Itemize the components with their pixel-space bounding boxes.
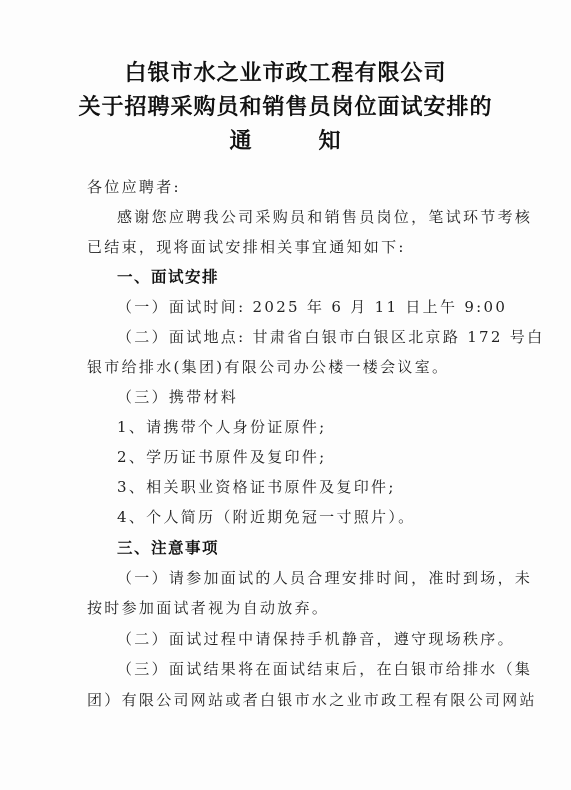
- document-page: 白银市水之业市政工程有限公司 关于招聘采购员和销售员岗位面试安排的 通知 各位应…: [0, 0, 571, 790]
- title-company: 白银市水之业市政工程有限公司: [0, 56, 571, 87]
- material-item-1: 1、请携带个人身份证原件;: [117, 416, 327, 437]
- note-2: （二）面试过程中请保持手机静音，遵守现场秩序。: [117, 628, 515, 649]
- intro-line-2: 已结束，现将面试安排相关事宜通知如下:: [87, 236, 406, 257]
- materials-heading: （三）携带材料: [117, 386, 238, 407]
- title-notice: 通知: [0, 124, 571, 155]
- section-heading-arrangement: 一、面试安排: [117, 265, 219, 287]
- title-notice-char-1: 通: [229, 124, 252, 155]
- material-item-2: 2、学历证书原件及复印件;: [117, 446, 327, 467]
- title-subject: 关于招聘采购员和销售员岗位面试安排的: [0, 90, 571, 121]
- note-1-line-1: （一）请参加面试的人员合理安排时间，准时到场，未: [117, 567, 532, 588]
- note-3-line-2: 团）有限公司网站或者白银市水之业市政工程有限公司网站: [87, 689, 537, 710]
- interview-time: （一）面试时间: 2025 年 6 月 11 日上午 9:00: [117, 296, 507, 317]
- section-heading-notes: 三、注意事项: [117, 536, 219, 558]
- material-item-3: 3、相关职业资格证书原件及复印件;: [117, 476, 396, 497]
- salutation: 各位应聘者:: [87, 176, 181, 197]
- note-3-line-1: （三）面试结果将在面试结束后，在白银市给排水（集: [117, 658, 532, 679]
- interview-location-line-1: （二）面试地点: 甘肃省白银市白银区北京路 172 号白: [117, 326, 544, 347]
- note-1-line-2: 按时参加面试者视为自动放弃。: [87, 597, 329, 618]
- material-item-4: 4、个人简历（附近期免冠一寸照片）。: [117, 506, 415, 527]
- interview-location-line-2: 银市给排水(集团)有限公司办公楼一楼会议室。: [87, 356, 449, 377]
- intro-line-1: 感谢您应聘我公司采购员和销售员岗位，笔试环节考核: [117, 206, 532, 227]
- title-notice-char-2: 知: [319, 124, 342, 155]
